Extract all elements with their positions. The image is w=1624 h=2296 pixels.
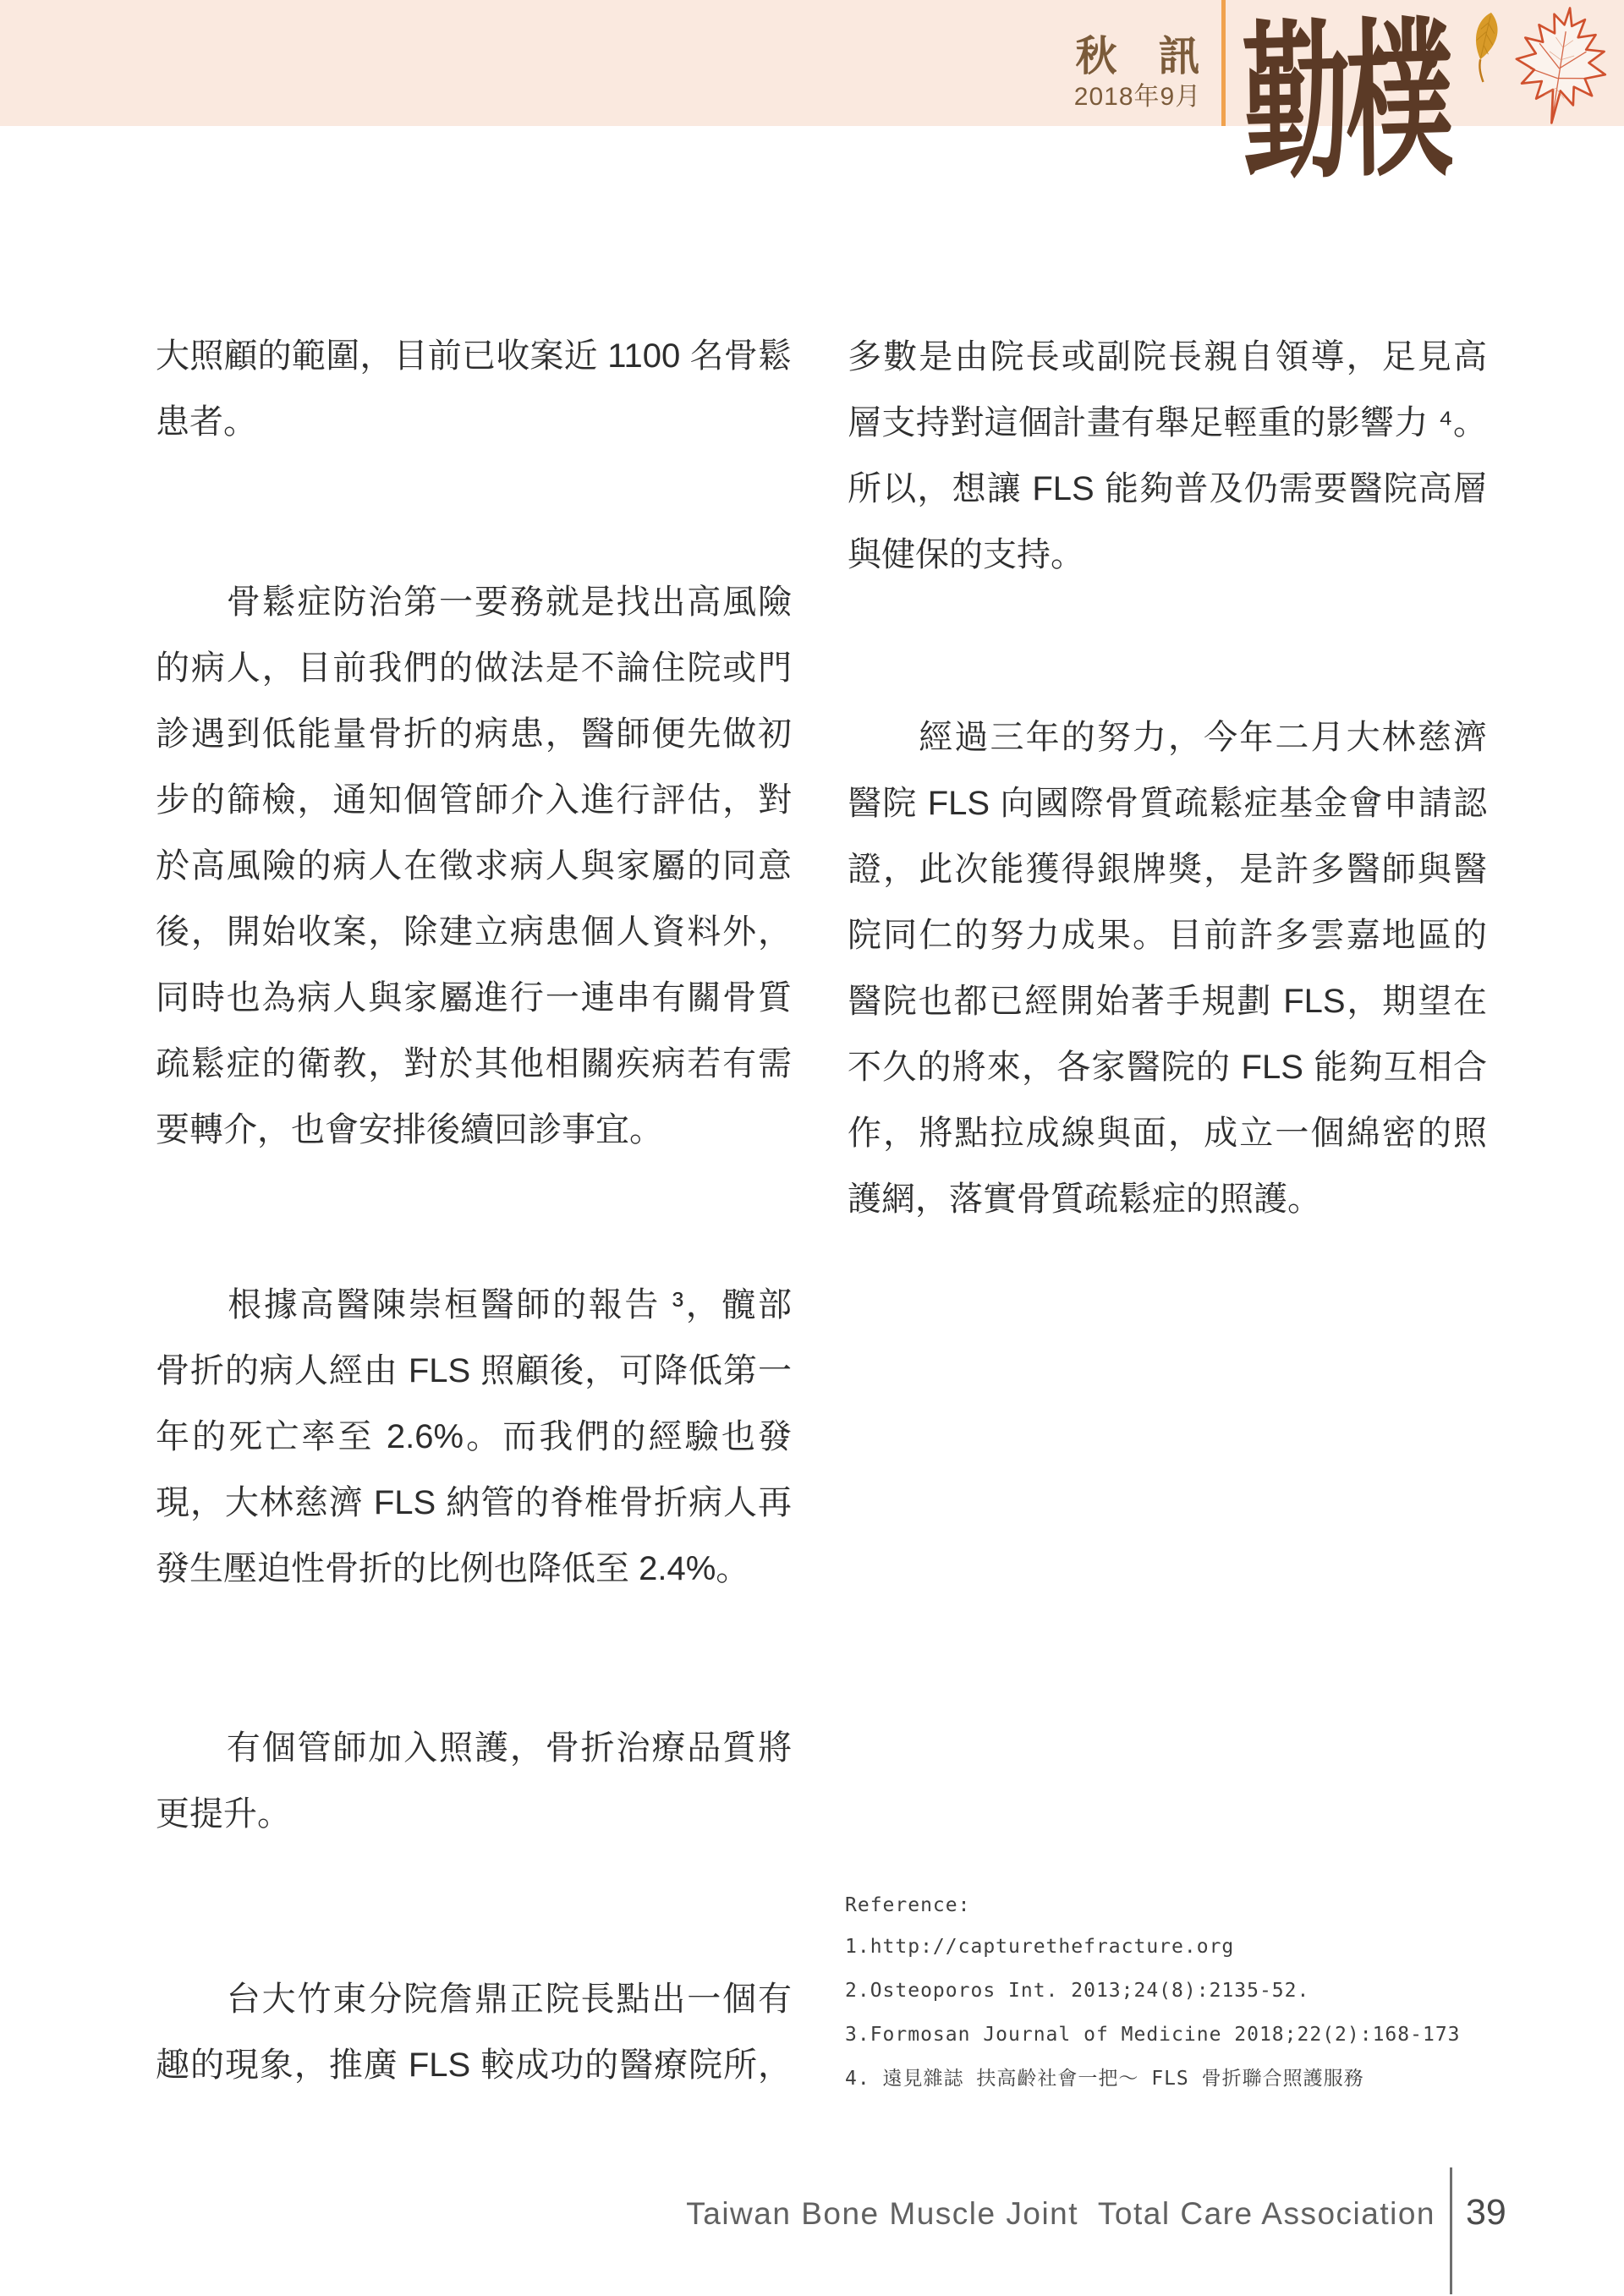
text-line: 後，開始收案，除建立病患個人資料外， bbox=[156, 899, 792, 965]
text-line: 院同仁的努力成果。目前許多雲嘉地區的 bbox=[848, 902, 1487, 968]
text-line: 患者。 bbox=[156, 389, 792, 455]
text-line: 所以，想讓 FLS 能夠普及仍需要醫院高層 bbox=[848, 456, 1487, 522]
text-line: 多數是由院長或副院長親自領導，足見高 bbox=[848, 324, 1487, 390]
issue-date: 2018年9月 bbox=[1071, 83, 1204, 112]
text-line: 診遇到低能量骨折的病患，醫師便先做初 bbox=[156, 701, 792, 767]
footer-page-number: 39 bbox=[1466, 2192, 1506, 2233]
text-line: 更提升。 bbox=[156, 1781, 792, 1847]
footer-divider bbox=[1450, 2167, 1452, 2294]
text-line: 與健保的支持。 bbox=[848, 522, 1487, 588]
text-line: 年的死亡率至 2.6%。而我們的經驗也發 bbox=[156, 1404, 792, 1470]
text-line: 證，此次能獲得銀牌獎，是許多醫師與醫 bbox=[848, 836, 1487, 902]
text-line: 的病人，目前我們的做法是不論住院或門 bbox=[156, 635, 792, 701]
right-paragraph-2: 經過三年的努力，今年二月大林慈濟 醫院 FLS 向國際骨質疏鬆症基金會申請認 證… bbox=[848, 704, 1487, 1232]
text-line: 現，大林慈濟 FLS 納管的脊椎骨折病人再 bbox=[156, 1470, 792, 1536]
left-paragraph-3: 根據高醫陳崇桓醫師的報告 ³，髖部 骨折的病人經由 FLS 照顧後，可降低第一 … bbox=[156, 1272, 792, 1602]
left-paragraph-4: 有個管師加入照護，骨折治療品質將 更提升。 bbox=[156, 1715, 792, 1847]
text-line: 疏鬆症的衛教，對於其他相關疾病若有需 bbox=[156, 1031, 792, 1097]
text-line: 台大竹東分院詹鼎正院長點出一個有 bbox=[156, 1966, 792, 2032]
header-band: 秋 訊 2018年9月 勤樸 bbox=[0, 0, 1624, 126]
text-line: 護網，落實骨質疏鬆症的照護。 bbox=[848, 1166, 1487, 1232]
reference-item: 2.Osteoporos Int. 2013;24(8):2135-52. bbox=[845, 1969, 1513, 2013]
logo-calligraphy: 勤樸 bbox=[1242, 14, 1449, 189]
issue-title: 秋 訊 bbox=[1071, 34, 1204, 79]
text-line: 骨折的病人經由 FLS 照顧後，可降低第一 bbox=[156, 1338, 792, 1404]
magazine-page: 秋 訊 2018年9月 勤樸 大照顧的範圍，目前已收案近 11 bbox=[0, 0, 1624, 2296]
text-line: 大照顧的範圍，目前已收案近 1100 名骨鬆 bbox=[156, 323, 792, 389]
header-divider bbox=[1221, 0, 1226, 126]
text-line: 有個管師加入照護，骨折治療品質將 bbox=[156, 1715, 792, 1781]
text-line: 經過三年的努力，今年二月大林慈濟 bbox=[848, 704, 1487, 770]
reference-item: 4. 遠見雜誌 扶高齡社會一把～ FLS 骨折聯合照護服務 bbox=[845, 2057, 1513, 2101]
text-line: 步的篩檢，通知個管師介入進行評估，對 bbox=[156, 767, 792, 833]
right-paragraph-1: 多數是由院長或副院長親自領導，足見高 層支持對這個計畫有舉足輕重的影響力 ⁴。 … bbox=[848, 324, 1487, 588]
text-line: 層支持對這個計畫有舉足輕重的影響力 ⁴。 bbox=[848, 390, 1487, 456]
text-line: 根據高醫陳崇桓醫師的報告 ³，髖部 bbox=[156, 1272, 792, 1338]
reference-section: Reference: 1.http://capturethefracture.o… bbox=[845, 1886, 1513, 2101]
text-line: 醫院也都已經開始著手規劃 FLS，期望在 bbox=[848, 968, 1487, 1034]
left-paragraph-2: 骨鬆症防治第一要務就是找出高風險 的病人，目前我們的做法是不論住院或門 診遇到低… bbox=[156, 569, 792, 1163]
text-line: 於高風險的病人在徵求病人與家屬的同意 bbox=[156, 833, 792, 899]
text-line: 同時也為病人與家屬進行一連串有關骨質 bbox=[156, 965, 792, 1031]
text-line: 發生壓迫性骨折的比例也降低至 2.4%。 bbox=[156, 1536, 792, 1602]
reference-heading: Reference: bbox=[845, 1886, 1513, 1925]
left-paragraph-5: 台大竹東分院詹鼎正院長點出一個有 趣的現象，推廣 FLS 較成功的醫療院所， bbox=[156, 1966, 792, 2098]
text-line: 不久的將來，各家醫院的 FLS 能夠互相合 bbox=[848, 1034, 1487, 1100]
text-line: 醫院 FLS 向國際骨質疏鬆症基金會申請認 bbox=[848, 770, 1487, 836]
footer-association-name: Taiwan Bone Muscle Joint Total Care Asso… bbox=[686, 2196, 1435, 2232]
left-paragraph-1: 大照顧的範圍，目前已收案近 1100 名骨鬆 患者。 bbox=[156, 323, 792, 455]
issue-block: 秋 訊 2018年9月 bbox=[1071, 34, 1204, 112]
text-line: 骨鬆症防治第一要務就是找出高風險 bbox=[156, 569, 792, 635]
text-line: 趣的現象，推廣 FLS 較成功的醫療院所， bbox=[156, 2032, 792, 2098]
reference-item: 3.Formosan Journal of Medicine 2018;22(2… bbox=[845, 2013, 1513, 2057]
text-line: 作，將點拉成線與面，成立一個綿密的照 bbox=[848, 1100, 1487, 1166]
maple-leaf-icon bbox=[1497, 3, 1622, 129]
reference-item: 1.http://capturethefracture.org bbox=[845, 1925, 1513, 1969]
text-line: 要轉介，也會安排後續回診事宜。 bbox=[156, 1097, 792, 1163]
